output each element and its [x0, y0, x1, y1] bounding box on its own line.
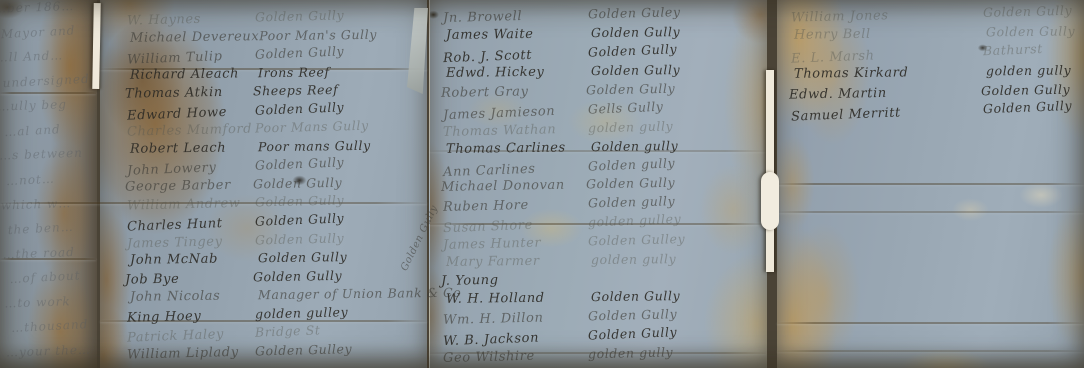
- fragment-line: …to work: [4, 293, 94, 310]
- signer-place: Golden Guley: [588, 2, 765, 21]
- signer-place: golden gully: [986, 62, 1084, 78]
- signer-name: Thomas Wathan: [443, 121, 588, 140]
- signer-place: golden gully: [588, 116, 765, 135]
- signature-row: Mary Farmergolden gully: [446, 250, 768, 270]
- signer-place: golden gulley: [588, 208, 765, 230]
- signature-column-3: William JonesGolden GullyHenry BellGolde…: [791, 6, 1083, 119]
- signature-row: Edwd. HickeyGolden Gully: [446, 61, 768, 81]
- document-scan: …ber 186…Mayor and…ll And…undersigned…ul…: [0, 0, 1084, 368]
- signer-name: Wm. H. Dillon: [443, 309, 588, 328]
- fragment-line: …ully beg: [0, 97, 88, 114]
- signer-place: Golden Gully: [253, 173, 421, 191]
- signer-name: Charles Hunt: [127, 215, 255, 235]
- signer-name: Thomas Carlines: [446, 140, 591, 157]
- fragment-line: …al and: [4, 120, 95, 139]
- signer-name: Job Bye: [125, 270, 253, 287]
- signer-place: Golden Gully: [983, 2, 1083, 19]
- fragment-line: undersigned: [2, 71, 93, 90]
- signer-place: Golden Gully: [588, 304, 765, 323]
- fragment-line: the ben…: [7, 218, 98, 237]
- signer-name: John Nicolas: [130, 288, 258, 305]
- fragment-line: …s between: [0, 146, 89, 163]
- signature-column-2: Jn. BrowellGolden GuleyJames WaiteGolden…: [443, 6, 765, 362]
- signer-name: Michael Donovan: [441, 178, 586, 196]
- signature-row: W. H. HollandGolden Gully: [446, 287, 768, 307]
- signer-place: Bathurst: [983, 39, 1084, 58]
- signer-place: Poor Mans Gully: [255, 117, 423, 136]
- signature-row: W. HaynesGolden Gully: [127, 5, 423, 28]
- signer-place: Manager of Union Bank & Co: [258, 285, 462, 302]
- fragment-line: …of about: [9, 268, 100, 287]
- fragment-line: …thousand: [11, 317, 102, 336]
- signer-name: Edwd. Hickey: [446, 64, 591, 81]
- signer-place: Golden Gully: [591, 61, 768, 78]
- signer-name: Thomas Kirkard: [794, 65, 986, 82]
- fragment-line: …ber 186…: [0, 0, 84, 16]
- signer-name: Richard Aleach: [130, 66, 258, 83]
- signer-place: Golden gully: [591, 137, 768, 154]
- signer-name: Jn. Browell: [443, 7, 588, 26]
- signer-place: Golden Gully: [255, 207, 423, 228]
- signer-name: Robert Gray: [441, 83, 586, 101]
- signer-name: King Hoey: [127, 307, 255, 325]
- signer-name: W. H. Holland: [446, 290, 591, 307]
- signer-place: Golden Gully: [255, 228, 423, 247]
- signer-place: Sheeps Reef: [253, 81, 421, 99]
- fold-line: [777, 322, 1084, 324]
- signer-name: W. Haynes: [127, 10, 255, 28]
- signer-name: James Tingey: [127, 233, 255, 251]
- fold-line: [777, 211, 1084, 213]
- page-tear: [92, 3, 100, 89]
- signature-row: William JonesGolden Gully: [791, 2, 1083, 25]
- signer-name: Ruben Hore: [443, 197, 588, 216]
- signature-row: John McNabGolden Gully: [130, 248, 426, 268]
- petition-text-fragment: …ber 186…Mayor and…ll And…undersigned…ul…: [0, 0, 96, 359]
- fold-line: [777, 183, 1084, 185]
- fold-line: [777, 350, 1084, 352]
- signer-name: Michael Devereux: [130, 29, 259, 46]
- signer-name: Charles Mumford: [127, 122, 255, 140]
- signature-column-1: W. HaynesGolden GullyMichael DevereuxPoo…: [127, 9, 423, 359]
- fragment-line: …your the…: [6, 342, 96, 359]
- signer-name: William Jones: [791, 6, 983, 26]
- signer-place: Golden Gully: [253, 266, 421, 284]
- signature-row: Job ByeGolden Gully: [125, 266, 421, 287]
- signer-place: Golden Gully: [586, 174, 763, 192]
- fold-line: [0, 258, 96, 260]
- page-tear: [766, 70, 774, 272]
- signer-name: William Liplady: [127, 344, 255, 362]
- fragment-line: Mayor and: [1, 22, 92, 41]
- signer-name: Robert Leach: [130, 140, 258, 157]
- signer-name: James Jamieson: [443, 102, 588, 123]
- signer-name: Henry Bell: [794, 26, 986, 43]
- signer-place: Golden Gully: [986, 24, 1084, 40]
- fragment-line: …ll And…: [0, 48, 86, 65]
- signer-place: [586, 279, 763, 282]
- signer-place: Golden Gully: [586, 79, 763, 97]
- signature-row: Richard AleachIrons Reef: [130, 63, 426, 83]
- signer-place: golden gully: [588, 342, 765, 361]
- signature-row: J. Young: [441, 268, 763, 289]
- signer-name: James Waite: [446, 26, 591, 43]
- signer-place: Golden Gully: [591, 23, 768, 40]
- fragment-line: …not…: [6, 169, 97, 188]
- signer-place: Golden Gully: [588, 321, 765, 343]
- signer-place: Golden Gully: [983, 97, 1084, 116]
- signer-place: Golden Gully: [588, 38, 765, 60]
- signer-name: William Andrew: [127, 196, 255, 214]
- signer-name: Edwd. Martin: [789, 84, 981, 102]
- signer-place: Golden Gully: [255, 191, 423, 210]
- signature-row: Jn. BrowellGolden Guley: [443, 2, 765, 26]
- signer-place: Golden Gully: [981, 81, 1081, 98]
- signer-place: Golden Gully: [255, 5, 423, 24]
- signer-place: Golden Gully: [255, 96, 423, 117]
- signature-row: John NicolasManager of Union Bank & Co: [130, 285, 426, 305]
- signer-place: Golden Gulley: [255, 339, 423, 358]
- signer-name: Mary Farmer: [446, 253, 591, 270]
- signer-place: Golden Gulley: [588, 229, 765, 248]
- signer-name: Thomas Atkin: [125, 85, 253, 102]
- signer-name: John McNab: [130, 251, 258, 268]
- signer-place: Golden Gully: [591, 287, 768, 304]
- signer-place: golden gully: [591, 250, 768, 267]
- signer-place: Irons Reef: [258, 63, 426, 80]
- signer-name: George Barber: [125, 177, 253, 194]
- signature-row: Thomas Kirkardgolden gully: [794, 62, 1084, 82]
- signer-name: J. Young: [441, 271, 586, 289]
- signer-name: James Hunter: [443, 235, 588, 254]
- fold-line: [0, 92, 96, 94]
